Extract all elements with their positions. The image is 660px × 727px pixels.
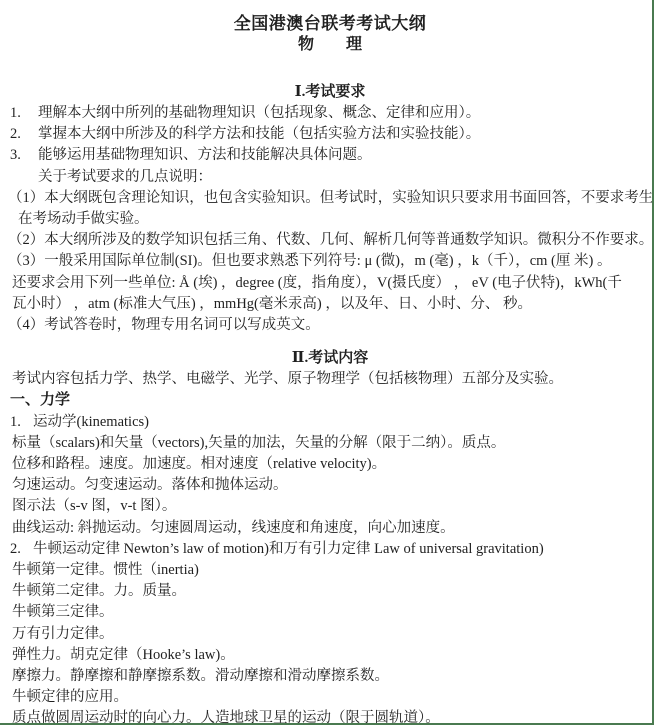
kinematics-line-5: 曲线运动: 斜抛运动。匀速圆周运动，线速度和角速度，向心加速度。 xyxy=(0,518,660,539)
note-3-line-1: （3）一般采用国际单位制(SI)。但也要求熟悉下列符号: μ (微)，m (毫)… xyxy=(0,251,660,272)
topic-kinematics: 1. 运动学(kinematics) xyxy=(0,412,660,433)
page-edge-bottom-line xyxy=(0,723,654,725)
topic-newton-laws: 2. 牛顿运动定律 Newton’s law of motion)和万有引力定律… xyxy=(0,539,660,560)
note-2: （2）本大纲所涉及的数学知识包括三角、代数、几何、解析几何等普通数学知识。微积分… xyxy=(0,230,660,251)
section2-heading: Ⅱ.考试内容 xyxy=(0,348,660,369)
requirement-item-3: 3. 能够运用基础物理知识、方法和技能解决具体问题。 xyxy=(0,145,660,166)
topic-number: 2. xyxy=(10,539,33,560)
note-1-line-2: 在考场动手做实验。 xyxy=(0,209,660,230)
note-1-line-1: （1）本大纲既包含理论知识，也包含实验知识。但考试时，实验知识只要求用书面回答，… xyxy=(0,188,660,209)
page-edge-right-line xyxy=(652,0,654,725)
topic-title: 运动学(kinematics) xyxy=(33,412,149,433)
note-3-line-2: 还要求会用下列一些单位: Å (埃) ，degree (度，指角度），V(摄氏度… xyxy=(0,273,660,294)
note-3-line-3: 瓦小时） ，atm (标准大气压) ，mmHg(毫米汞高) ，以及年、日、小时、… xyxy=(0,294,660,315)
kinematics-line-4: 图示法（s-v 图，v-t 图）。 xyxy=(0,496,660,517)
newton-line-4: 万有引力定律。 xyxy=(0,624,660,645)
requirement-item-2: 2. 掌握本大纲中所涉及的科学方法和技能（包括实验方法和实验技能）。 xyxy=(0,124,660,145)
section1-heading: Ⅰ.考试要求 xyxy=(0,82,660,103)
item-number: 3. xyxy=(10,145,38,166)
document-title: 全国港澳台联考考试大纲 xyxy=(0,13,660,34)
kinematics-line-2: 位移和路程。速度。加速度。相对速度（relative velocity)。 xyxy=(0,454,660,475)
newton-line-1: 牛顿第一定律。惯性（inertia) xyxy=(0,560,660,581)
subsection-mechanics: 一、力学 xyxy=(0,390,660,411)
item-number: 2. xyxy=(10,124,38,145)
kinematics-line-3: 匀速运动。匀变速运动。落体和抛体运动。 xyxy=(0,475,660,496)
topic-title: 牛顿运动定律 Newton’s law of motion)和万有引力定律 La… xyxy=(33,539,544,560)
item-text: 能够运用基础物理知识、方法和技能解决具体问题。 xyxy=(38,145,372,166)
content-intro: 考试内容包括力学、热学、电磁学、光学、原子物理学（包括核物理）五部分及实验。 xyxy=(0,369,660,390)
newton-line-5: 弹性力。胡克定律（Hooke’s law)。 xyxy=(0,645,660,666)
item-text: 掌握本大纲中所涉及的科学方法和技能（包括实验方法和实验技能）。 xyxy=(38,124,480,145)
document-page: 全国港澳台联考考试大纲 物 理 Ⅰ.考试要求 1. 理解本大纲中所列的基础物理知… xyxy=(0,0,660,727)
item-text: 理解本大纲中所列的基础物理知识（包括现象、概念、定律和应用）。 xyxy=(38,103,480,124)
note-4: （4）考试答卷时，物理专用名词可以写成英文。 xyxy=(0,315,660,336)
requirement-item-1: 1. 理解本大纲中所列的基础物理知识（包括现象、概念、定律和应用）。 xyxy=(0,103,660,124)
newton-line-7: 牛顿定律的应用。 xyxy=(0,687,660,708)
topic-number: 1. xyxy=(10,412,33,433)
kinematics-line-1: 标量（scalars)和矢量（vectors),矢量的加法，矢量的分解（限于二纳… xyxy=(0,433,660,454)
newton-line-3: 牛顿第三定律。 xyxy=(0,602,660,623)
document-subtitle: 物 理 xyxy=(0,34,660,55)
notes-intro: 关于考试要求的几点说明： xyxy=(0,167,660,188)
newton-line-6: 摩擦力。静摩擦和静摩擦系数。滑动摩擦和滑动摩擦系数。 xyxy=(0,666,660,687)
item-number: 1. xyxy=(10,103,38,124)
newton-line-2: 牛顿第二定律。力。质量。 xyxy=(0,581,660,602)
